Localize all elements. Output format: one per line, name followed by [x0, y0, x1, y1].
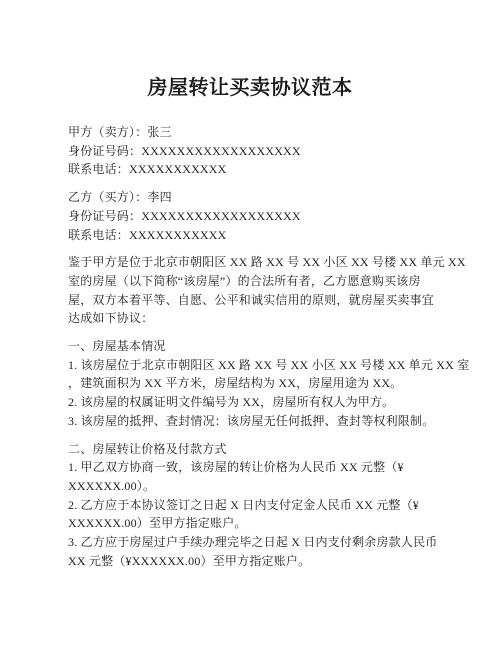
- document-text-line: 一、房屋基本情况: [68, 337, 452, 356]
- party-b-info: 乙方（买方）：李四身份证号码：XXXXXXXXXXXXXXXXXX联系电话：XX…: [68, 188, 452, 244]
- document-text-line: 屋，双方本着平等、自愿、公平和诚实信用的原则，就房屋买卖事宜: [68, 291, 452, 310]
- document-text-line: 室的房屋（以下简称“该房屋”）的合法所有者，乙方愿意购买该房: [68, 272, 452, 291]
- document-text-line: 3. 该房屋的抵押、查封情况：该房屋无任何抵押、查封等权利限制。: [68, 412, 452, 431]
- document-text-line: XXXXXX.00）。: [68, 477, 452, 496]
- document-text-line: 1. 该房屋位于北京市朝阳区 XX 路 XX 号 XX 小区 XX 号楼 XX …: [68, 356, 452, 375]
- document-text-line: XX 元整（¥XXXXXX.00）至甲方指定账户。: [68, 552, 452, 571]
- section-house-basic-info: 一、房屋基本情况1. 该房屋位于北京市朝阳区 XX 路 XX 号 XX 小区 X…: [68, 337, 452, 431]
- preamble-paragraph: 鉴于甲方是位于北京市朝阳区 XX 路 XX 号 XX 小区 XX 号楼 XX 单…: [68, 253, 452, 328]
- document-text-line: 2. 该房屋的权属证明文件编号为 XX，房屋所有权人为甲方。: [68, 393, 452, 412]
- document-body: 甲方（卖方）：张三身份证号码：XXXXXXXXXXXXXXXXXX联系电话：XX…: [68, 123, 452, 579]
- document-page: 房屋转让买卖协议范本 甲方（卖方）：张三身份证号码：XXXXXXXXXXXXXX…: [0, 0, 500, 647]
- document-text-line: 鉴于甲方是位于北京市朝阳区 XX 路 XX 号 XX 小区 XX 号楼 XX 单…: [68, 253, 452, 272]
- document-text-line: ，建筑面积为 XX 平方米，房屋结构为 XX，房屋用途为 XX。: [68, 374, 452, 393]
- section-price-and-payment: 二、房屋转让价格及付款方式1. 甲乙双方协商一致，该房屋的转让价格为人民币 XX…: [68, 440, 452, 571]
- document-text-line: 达成如下协议：: [68, 309, 452, 328]
- document-text-line: 身份证号码：XXXXXXXXXXXXXXXXXX: [68, 142, 452, 161]
- document-text-line: 3. 乙方应于房屋过户手续办理完毕之日起 X 日内支付剩余房款人民币: [68, 533, 452, 552]
- party-a-info: 甲方（卖方）：张三身份证号码：XXXXXXXXXXXXXXXXXX联系电话：XX…: [68, 123, 452, 179]
- document-text-line: 1. 甲乙双方协商一致，该房屋的转让价格为人民币 XX 元整（¥: [68, 458, 452, 477]
- document-text-line: 2. 乙方应于本协议签订之日起 X 日内支付定金人民币 XX 元整（¥: [68, 496, 452, 515]
- document-text-line: 联系电话：XXXXXXXXXXX: [68, 160, 452, 179]
- document-text-line: 乙方（买方）：李四: [68, 188, 452, 207]
- document-title: 房屋转让买卖协议范本: [0, 76, 500, 100]
- document-text-line: XXXXXX.00）至甲方指定账户。: [68, 514, 452, 533]
- document-text-line: 联系电话：XXXXXXXXXXX: [68, 226, 452, 245]
- document-text-line: 二、房屋转让价格及付款方式: [68, 440, 452, 459]
- document-text-line: 身份证号码：XXXXXXXXXXXXXXXXXX: [68, 207, 452, 226]
- document-text-line: 甲方（卖方）：张三: [68, 123, 452, 142]
